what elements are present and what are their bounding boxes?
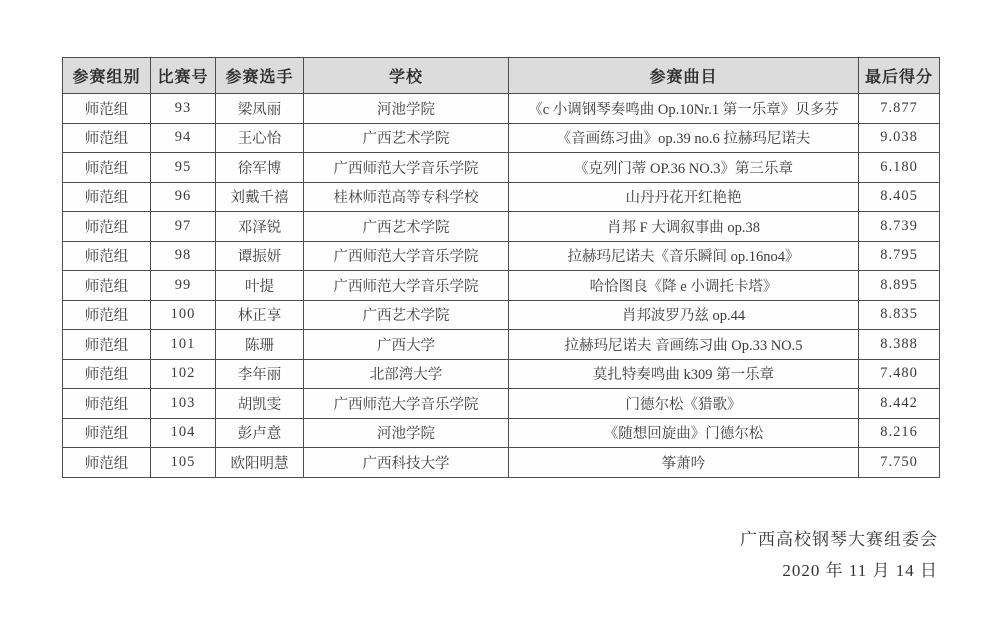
cell-school: 广西师范大学音乐学院 bbox=[304, 241, 509, 271]
cell-school: 广西大学 bbox=[304, 330, 509, 360]
cell-group: 师范组 bbox=[63, 94, 151, 124]
cell-group: 师范组 bbox=[63, 448, 151, 478]
cell-group: 师范组 bbox=[63, 418, 151, 448]
cell-score: 7.877 bbox=[859, 94, 940, 124]
cell-contestant: 叶提 bbox=[216, 271, 304, 301]
cell-school: 广西艺术学院 bbox=[304, 212, 509, 242]
cell-contestant: 彭卢意 bbox=[216, 418, 304, 448]
cell-contestant: 谭振妍 bbox=[216, 241, 304, 271]
document-page: 参赛组别 比赛号 参赛选手 学校 参赛曲目 最后得分 师范组93梁凤丽河池学院《… bbox=[0, 0, 1000, 618]
cell-school: 广西科技大学 bbox=[304, 448, 509, 478]
cell-piece: 门德尔松《猎歌》 bbox=[509, 389, 859, 419]
table-header: 参赛组别 比赛号 参赛选手 学校 参赛曲目 最后得分 bbox=[63, 58, 940, 94]
cell-number: 95 bbox=[151, 153, 216, 183]
cell-number: 104 bbox=[151, 418, 216, 448]
cell-school: 广西师范大学音乐学院 bbox=[304, 153, 509, 183]
cell-score: 8.739 bbox=[859, 212, 940, 242]
cell-number: 102 bbox=[151, 359, 216, 389]
results-table: 参赛组别 比赛号 参赛选手 学校 参赛曲目 最后得分 师范组93梁凤丽河池学院《… bbox=[62, 57, 940, 478]
cell-piece: 拉赫玛尼诺夫《音乐瞬间 op.16no4》 bbox=[509, 241, 859, 271]
cell-piece: 《音画练习曲》op.39 no.6 拉赫玛尼诺夫 bbox=[509, 123, 859, 153]
footer: 广西高校钢琴大赛组委会 2020 年 11 月 14 日 bbox=[740, 524, 938, 586]
table-row: 师范组103胡凯雯广西师范大学音乐学院门德尔松《猎歌》8.442 bbox=[63, 389, 940, 419]
cell-school: 广西师范大学音乐学院 bbox=[304, 271, 509, 301]
cell-group: 师范组 bbox=[63, 389, 151, 419]
cell-number: 100 bbox=[151, 300, 216, 330]
organizer-line: 广西高校钢琴大赛组委会 bbox=[740, 524, 938, 555]
cell-group: 师范组 bbox=[63, 123, 151, 153]
cell-score: 8.795 bbox=[859, 241, 940, 271]
cell-school: 北部湾大学 bbox=[304, 359, 509, 389]
cell-school: 桂林师范高等专科学校 bbox=[304, 182, 509, 212]
cell-score: 8.388 bbox=[859, 330, 940, 360]
cell-piece: 《c 小调钢琴奏鸣曲 Op.10Nr.1 第一乐章》贝多芬 bbox=[509, 94, 859, 124]
column-header-score: 最后得分 bbox=[859, 58, 940, 94]
cell-number: 94 bbox=[151, 123, 216, 153]
cell-contestant: 欧阳明慧 bbox=[216, 448, 304, 478]
cell-number: 98 bbox=[151, 241, 216, 271]
table-row: 师范组100林正享广西艺术学院肖邦波罗乃兹 op.448.835 bbox=[63, 300, 940, 330]
cell-piece: 山丹丹花开红艳艳 bbox=[509, 182, 859, 212]
header-row: 参赛组别 比赛号 参赛选手 学校 参赛曲目 最后得分 bbox=[63, 58, 940, 94]
cell-piece: 莫扎特奏鸣曲 k309 第一乐章 bbox=[509, 359, 859, 389]
cell-contestant: 徐军博 bbox=[216, 153, 304, 183]
cell-group: 师范组 bbox=[63, 359, 151, 389]
column-header-number: 比赛号 bbox=[151, 58, 216, 94]
cell-score: 7.480 bbox=[859, 359, 940, 389]
cell-group: 师范组 bbox=[63, 271, 151, 301]
cell-piece: 《克列门蒂 OP.36 NO.3》第三乐章 bbox=[509, 153, 859, 183]
cell-number: 99 bbox=[151, 271, 216, 301]
table-row: 师范组96刘戴千禧桂林师范高等专科学校山丹丹花开红艳艳8.405 bbox=[63, 182, 940, 212]
table-row: 师范组93梁凤丽河池学院《c 小调钢琴奏鸣曲 Op.10Nr.1 第一乐章》贝多… bbox=[63, 94, 940, 124]
cell-number: 96 bbox=[151, 182, 216, 212]
cell-score: 8.442 bbox=[859, 389, 940, 419]
table-row: 师范组97邓泽锐广西艺术学院肖邦 F 大调叙事曲 op.388.739 bbox=[63, 212, 940, 242]
cell-group: 师范组 bbox=[63, 330, 151, 360]
cell-number: 93 bbox=[151, 94, 216, 124]
cell-group: 师范组 bbox=[63, 300, 151, 330]
cell-piece: 拉赫玛尼诺夫 音画练习曲 Op.33 NO.5 bbox=[509, 330, 859, 360]
cell-score: 9.038 bbox=[859, 123, 940, 153]
table-row: 师范组105欧阳明慧广西科技大学筝萧吟7.750 bbox=[63, 448, 940, 478]
table-row: 师范组102李年丽北部湾大学莫扎特奏鸣曲 k309 第一乐章7.480 bbox=[63, 359, 940, 389]
cell-school: 广西师范大学音乐学院 bbox=[304, 389, 509, 419]
table-row: 师范组98谭振妍广西师范大学音乐学院拉赫玛尼诺夫《音乐瞬间 op.16no4》8… bbox=[63, 241, 940, 271]
cell-school: 广西艺术学院 bbox=[304, 300, 509, 330]
table-row: 师范组104彭卢意河池学院《随想回旋曲》门德尔松8.216 bbox=[63, 418, 940, 448]
cell-score: 6.180 bbox=[859, 153, 940, 183]
cell-group: 师范组 bbox=[63, 212, 151, 242]
cell-piece: 肖邦波罗乃兹 op.44 bbox=[509, 300, 859, 330]
table-row: 师范组101陈珊广西大学拉赫玛尼诺夫 音画练习曲 Op.33 NO.58.388 bbox=[63, 330, 940, 360]
cell-score: 8.895 bbox=[859, 271, 940, 301]
cell-contestant: 李年丽 bbox=[216, 359, 304, 389]
cell-group: 师范组 bbox=[63, 241, 151, 271]
cell-score: 8.835 bbox=[859, 300, 940, 330]
cell-contestant: 梁凤丽 bbox=[216, 94, 304, 124]
cell-group: 师范组 bbox=[63, 182, 151, 212]
cell-piece: 肖邦 F 大调叙事曲 op.38 bbox=[509, 212, 859, 242]
table-body: 师范组93梁凤丽河池学院《c 小调钢琴奏鸣曲 Op.10Nr.1 第一乐章》贝多… bbox=[63, 94, 940, 478]
cell-contestant: 胡凯雯 bbox=[216, 389, 304, 419]
cell-contestant: 邓泽锐 bbox=[216, 212, 304, 242]
cell-score: 8.405 bbox=[859, 182, 940, 212]
cell-number: 97 bbox=[151, 212, 216, 242]
cell-contestant: 林正享 bbox=[216, 300, 304, 330]
table-row: 师范组99叶提广西师范大学音乐学院哈恰图良《降 e 小调托卡塔》8.895 bbox=[63, 271, 940, 301]
cell-group: 师范组 bbox=[63, 153, 151, 183]
cell-number: 105 bbox=[151, 448, 216, 478]
cell-contestant: 刘戴千禧 bbox=[216, 182, 304, 212]
cell-score: 8.216 bbox=[859, 418, 940, 448]
table-row: 师范组94王心怡广西艺术学院《音画练习曲》op.39 no.6 拉赫玛尼诺夫9.… bbox=[63, 123, 940, 153]
cell-number: 101 bbox=[151, 330, 216, 360]
column-header-piece: 参赛曲目 bbox=[509, 58, 859, 94]
cell-score: 7.750 bbox=[859, 448, 940, 478]
cell-piece: 《随想回旋曲》门德尔松 bbox=[509, 418, 859, 448]
column-header-group: 参赛组别 bbox=[63, 58, 151, 94]
cell-school: 广西艺术学院 bbox=[304, 123, 509, 153]
cell-piece: 哈恰图良《降 e 小调托卡塔》 bbox=[509, 271, 859, 301]
cell-piece: 筝萧吟 bbox=[509, 448, 859, 478]
column-header-contestant: 参赛选手 bbox=[216, 58, 304, 94]
cell-school: 河池学院 bbox=[304, 94, 509, 124]
date-line: 2020 年 11 月 14 日 bbox=[740, 555, 938, 586]
cell-number: 103 bbox=[151, 389, 216, 419]
cell-school: 河池学院 bbox=[304, 418, 509, 448]
cell-contestant: 王心怡 bbox=[216, 123, 304, 153]
cell-contestant: 陈珊 bbox=[216, 330, 304, 360]
column-header-school: 学校 bbox=[304, 58, 509, 94]
table-row: 师范组95徐军博广西师范大学音乐学院《克列门蒂 OP.36 NO.3》第三乐章6… bbox=[63, 153, 940, 183]
